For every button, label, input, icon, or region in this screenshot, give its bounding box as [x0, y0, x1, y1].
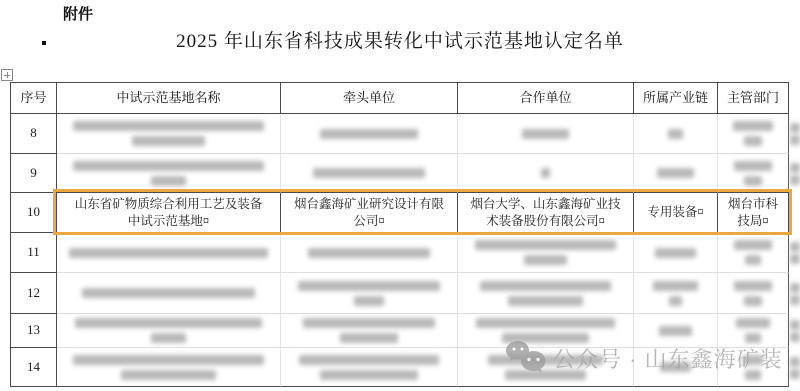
- wechat-icon: [505, 340, 547, 376]
- blurred-text-line: [476, 318, 615, 328]
- blurred-cell: [281, 314, 458, 348]
- blurred-cell: [57, 348, 281, 387]
- blur-spill: [790, 318, 800, 344]
- blurred-text-line: [73, 121, 264, 131]
- blurred-text-line: [75, 318, 262, 328]
- header-base-name: 中试示范基地名称: [57, 83, 281, 114]
- blurred-cell: [458, 114, 634, 154]
- row-number: 9: [11, 154, 57, 193]
- blurred-text-line: [340, 333, 398, 343]
- blurred-cell: [718, 114, 789, 154]
- table-cell: 山东省矿物质综合利用工艺及装备 中试示范基地¤: [57, 193, 281, 233]
- blurred-cell: [281, 114, 458, 154]
- blur-spill: [790, 161, 800, 187]
- blurred-cell: [57, 154, 281, 193]
- row-number: 12: [11, 273, 57, 314]
- blurred-cell: [634, 114, 718, 154]
- table-cell: 烟台大学、山东鑫海矿业技 术装备股份有限公司¤: [458, 193, 634, 233]
- blurred-text-line: [508, 296, 582, 306]
- table-cell: 专用装备¤: [634, 193, 718, 233]
- blurred-text-line: [313, 168, 425, 178]
- table-cell: 烟台市科 技局¤: [718, 193, 789, 233]
- table-row-9: 9: [11, 154, 789, 193]
- header-seq: 序号: [11, 83, 57, 114]
- watermark-text: 公众号 · 山东鑫海矿装: [553, 343, 783, 374]
- blurred-cell: [281, 348, 458, 387]
- blurred-text-line: [73, 161, 264, 171]
- row-number: 11: [11, 233, 57, 273]
- blurred-cell: [718, 154, 789, 193]
- blurred-text-line: [668, 129, 683, 139]
- blurred-text-line: [744, 176, 762, 186]
- blurred-text-line: [734, 240, 771, 250]
- blurred-text-line: [524, 255, 568, 265]
- blurred-text-line: [121, 370, 216, 380]
- header-industry-chain: 所属产业链: [634, 83, 718, 114]
- blurred-cell: [57, 233, 281, 273]
- blurred-cell: [718, 273, 789, 314]
- blurred-cell: [634, 273, 718, 314]
- blurred-text-line: [744, 296, 762, 306]
- blur-spill: [790, 281, 800, 307]
- table-move-handle-icon[interactable]: [1, 69, 13, 81]
- blurred-text-line: [744, 136, 762, 146]
- blurred-text-line: [475, 240, 617, 250]
- blur-spill: [790, 121, 800, 147]
- page-title: 2025 年山东省科技成果转化中试示范基地认定名单: [0, 26, 800, 53]
- blurred-text-line: [303, 318, 436, 328]
- blurred-text-line: [354, 296, 385, 306]
- blurred-text-line: [653, 281, 698, 291]
- table-row-10: 10山东省矿物质综合利用工艺及装备 中试示范基地¤烟台鑫海矿业研究设计有限 公司…: [11, 193, 789, 233]
- blurred-cell: [281, 273, 458, 314]
- blurred-text-line: [320, 370, 419, 380]
- blurred-text-line: [151, 333, 186, 343]
- blurred-cell: [57, 314, 281, 348]
- blurred-text-line: [541, 168, 549, 178]
- blurred-text-line: [298, 281, 441, 291]
- blurred-cell: [634, 154, 718, 193]
- blurred-text-line: [82, 288, 256, 298]
- blurred-text-line: [132, 136, 206, 146]
- blurred-text-line: [734, 161, 772, 171]
- blurred-text-line: [320, 129, 419, 139]
- table-header-row: 序号 中试示范基地名称 牵头单位 合作单位 所属产业链 主管部门: [11, 83, 789, 114]
- blurred-text-line: [69, 248, 269, 258]
- blurred-text-line: [522, 129, 569, 139]
- header-authority: 主管部门: [718, 83, 789, 114]
- table-row-11: 11: [11, 233, 789, 273]
- blurred-cell: [57, 273, 281, 314]
- row-number: 13: [11, 314, 57, 348]
- blurred-text-line: [745, 255, 762, 265]
- blur-spill: [790, 240, 800, 266]
- blurred-cell: [57, 114, 281, 154]
- header-lead-unit: 牵头单位: [281, 83, 458, 114]
- blurred-cell: [718, 233, 789, 273]
- row-number: 14: [11, 348, 57, 387]
- row-number: 8: [11, 114, 57, 154]
- blurred-cell: [458, 154, 634, 193]
- blurred-cell: [458, 233, 634, 273]
- blurred-text-line: [480, 281, 612, 291]
- table-row-12: 12: [11, 273, 789, 314]
- blurred-text-line: [655, 248, 695, 258]
- blurred-text-line: [736, 318, 771, 328]
- blurred-cell: [458, 273, 634, 314]
- row-number: 10: [11, 193, 57, 233]
- blurred-text-line: [733, 121, 773, 131]
- blurred-text-line: [657, 168, 694, 178]
- blurred-text-line: [73, 355, 264, 365]
- blur-spill: [790, 355, 800, 381]
- blurred-text-line: [299, 355, 438, 365]
- blurred-text-line: [308, 248, 430, 258]
- blurred-text-line: [151, 176, 186, 186]
- table-cell: 烟台鑫海矿业研究设计有限 公司¤: [281, 193, 458, 233]
- header-coop-unit: 合作单位: [458, 83, 634, 114]
- table-row-8: 8: [11, 114, 789, 154]
- blurred-text-line: [659, 326, 693, 336]
- blurred-cell: [281, 154, 458, 193]
- blurred-cell: [281, 233, 458, 273]
- blurred-text-line: [734, 281, 771, 291]
- attachment-label: 附件: [63, 3, 93, 24]
- watermark: 公众号 · 山东鑫海矿装: [505, 340, 783, 376]
- blurred-text-line: [669, 296, 681, 306]
- blurred-cell: [634, 233, 718, 273]
